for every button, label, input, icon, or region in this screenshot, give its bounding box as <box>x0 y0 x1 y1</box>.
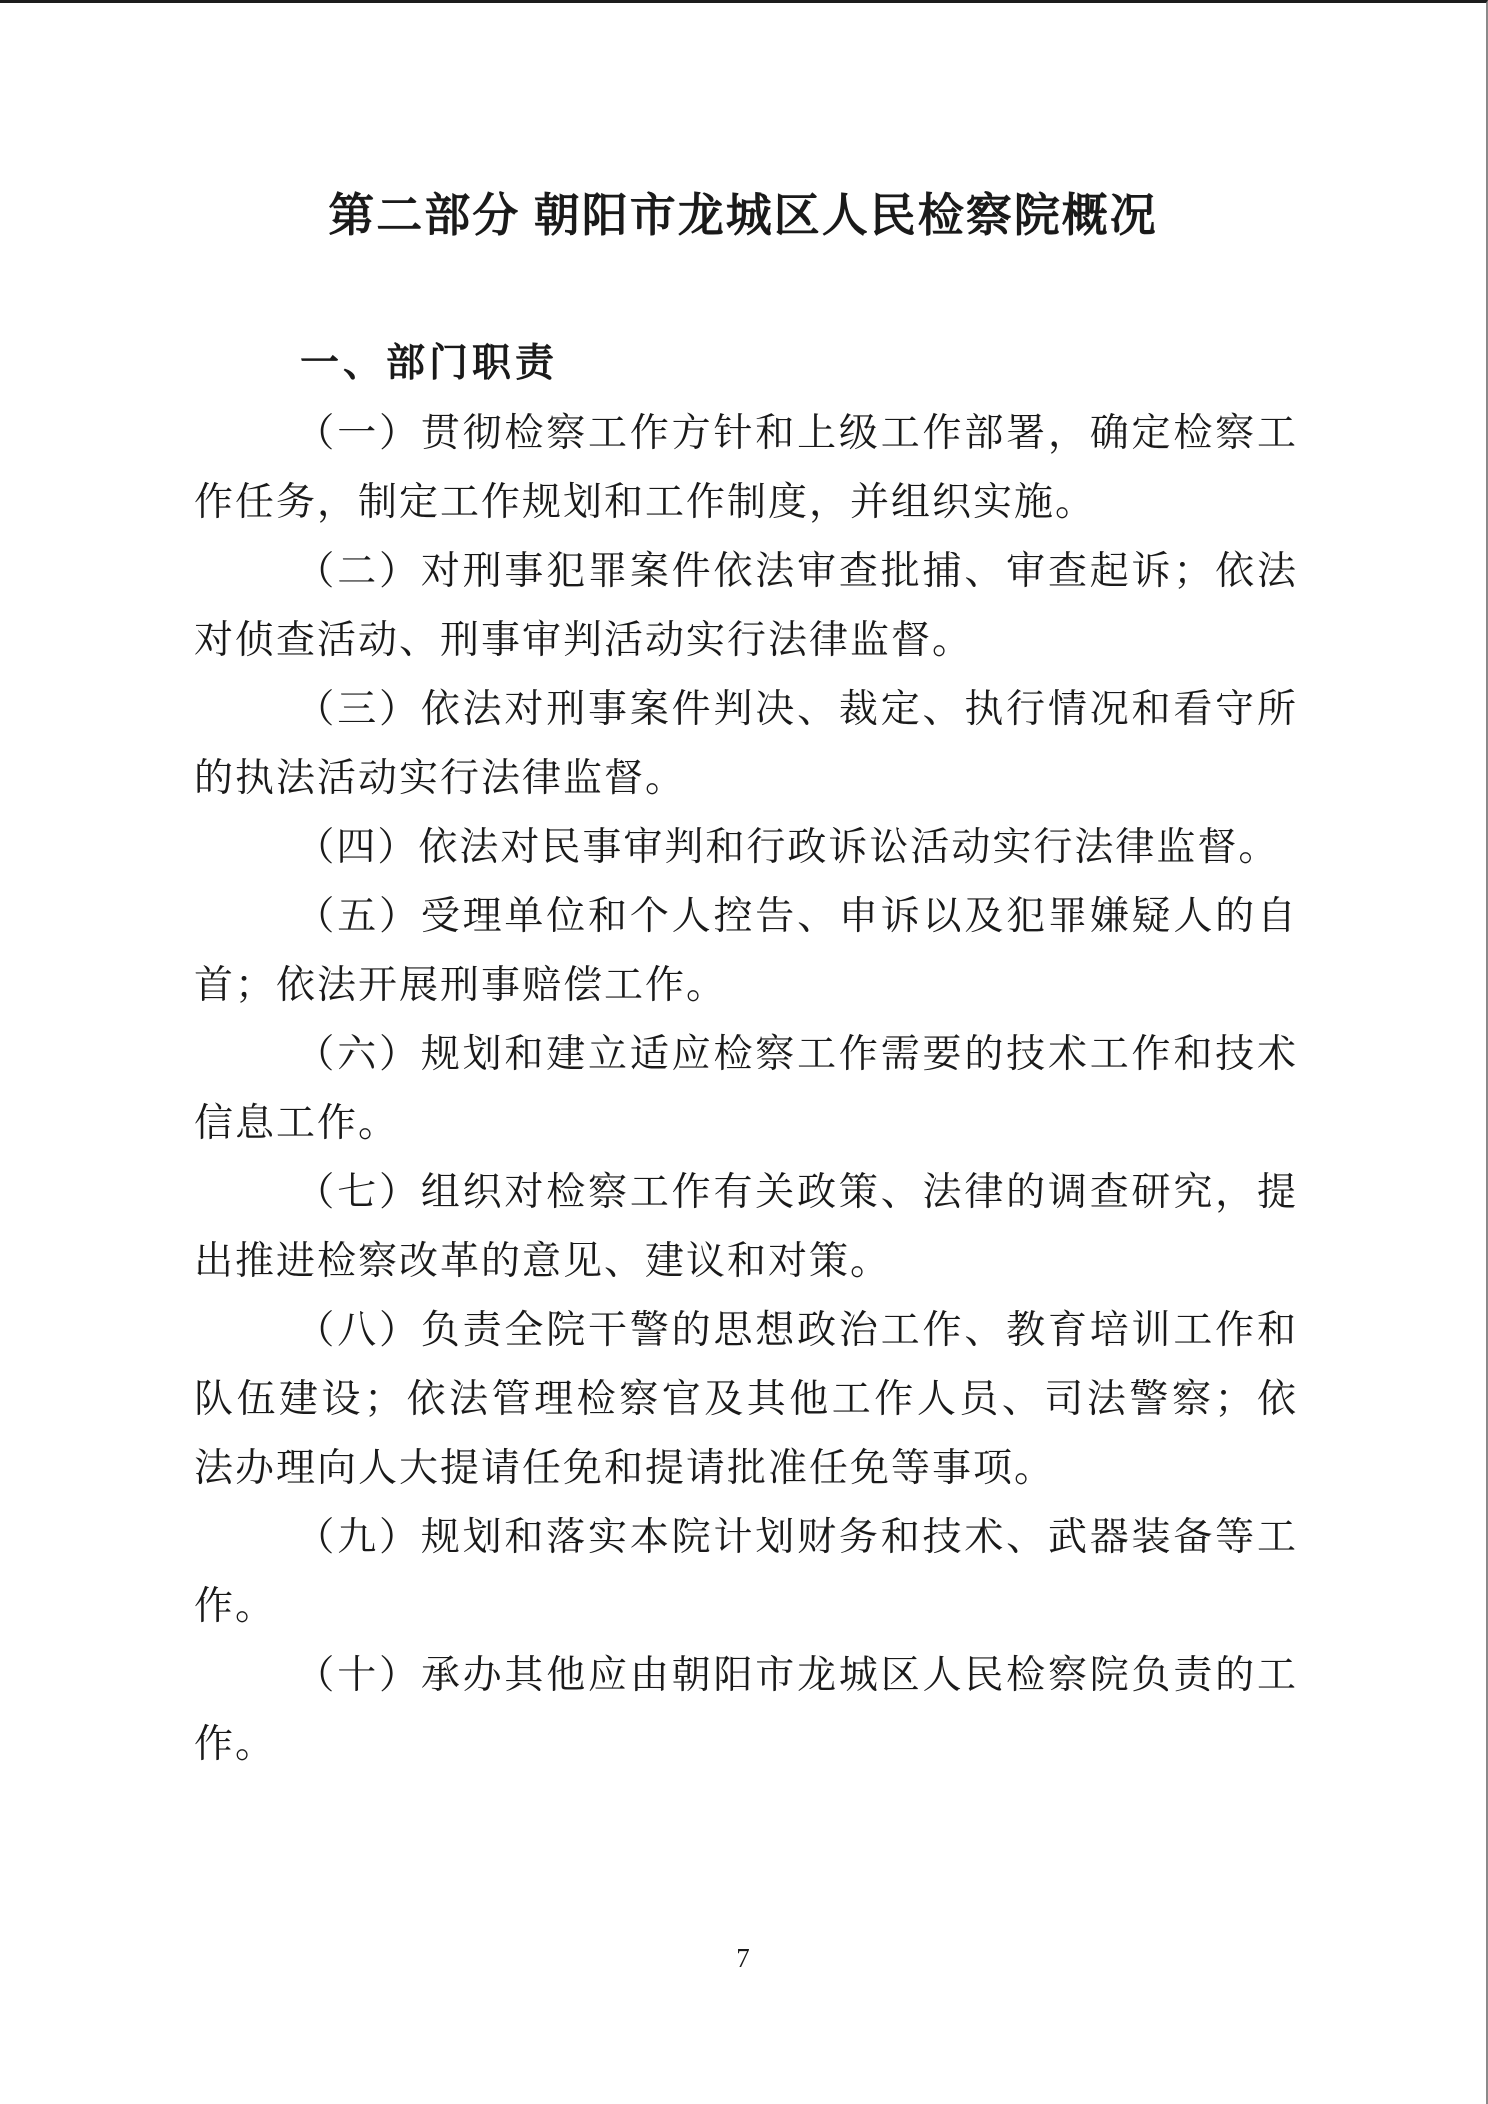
paragraph-1: （一）贯彻检察工作方针和上级工作部署，确定检察工作任务，制定工作规划和工作制度，… <box>194 399 1298 537</box>
paragraph-9: （九）规划和落实本院计划财务和技术、武器装备等工作。 <box>194 1503 1298 1641</box>
paragraph-3: （三）依法对刑事案件判决、裁定、执行情况和看守所的执法活动实行法律监督。 <box>194 675 1298 813</box>
paragraph-8: （八）负责全院干警的思想政治工作、教育培训工作和队伍建设；依法管理检察官及其他工… <box>194 1296 1298 1503</box>
paragraph-5: （五）受理单位和个人控告、申诉以及犯罪嫌疑人的自首；依法开展刑事赔偿工作。 <box>194 882 1298 1020</box>
document-title: 第二部分 朝阳市龙城区人民检察院概况 <box>0 189 1486 243</box>
page-number: 7 <box>0 1941 1486 1975</box>
paragraph-10: （十）承办其他应由朝阳市龙城区人民检察院负责的工作。 <box>194 1641 1298 1779</box>
body-text: （一）贯彻检察工作方针和上级工作部署，确定检察工作任务，制定工作规划和工作制度，… <box>194 399 1298 1779</box>
paragraph-7: （七）组织对检察工作有关政策、法律的调查研究，提出推进检察改革的意见、建议和对策… <box>194 1158 1298 1296</box>
section-heading: 一、部门职责 <box>300 339 558 389</box>
paragraph-4: （四）依法对民事审判和行政诉讼活动实行法律监督。 <box>194 813 1298 882</box>
paragraph-2: （二）对刑事犯罪案件依法审查批捕、审查起诉；依法对侦查活动、刑事审判活动实行法律… <box>194 537 1298 675</box>
document-page: 第二部分 朝阳市龙城区人民检察院概况 一、部门职责 （一）贯彻检察工作方针和上级… <box>0 0 1488 2104</box>
paragraph-6: （六）规划和建立适应检察工作需要的技术工作和技术信息工作。 <box>194 1020 1298 1158</box>
